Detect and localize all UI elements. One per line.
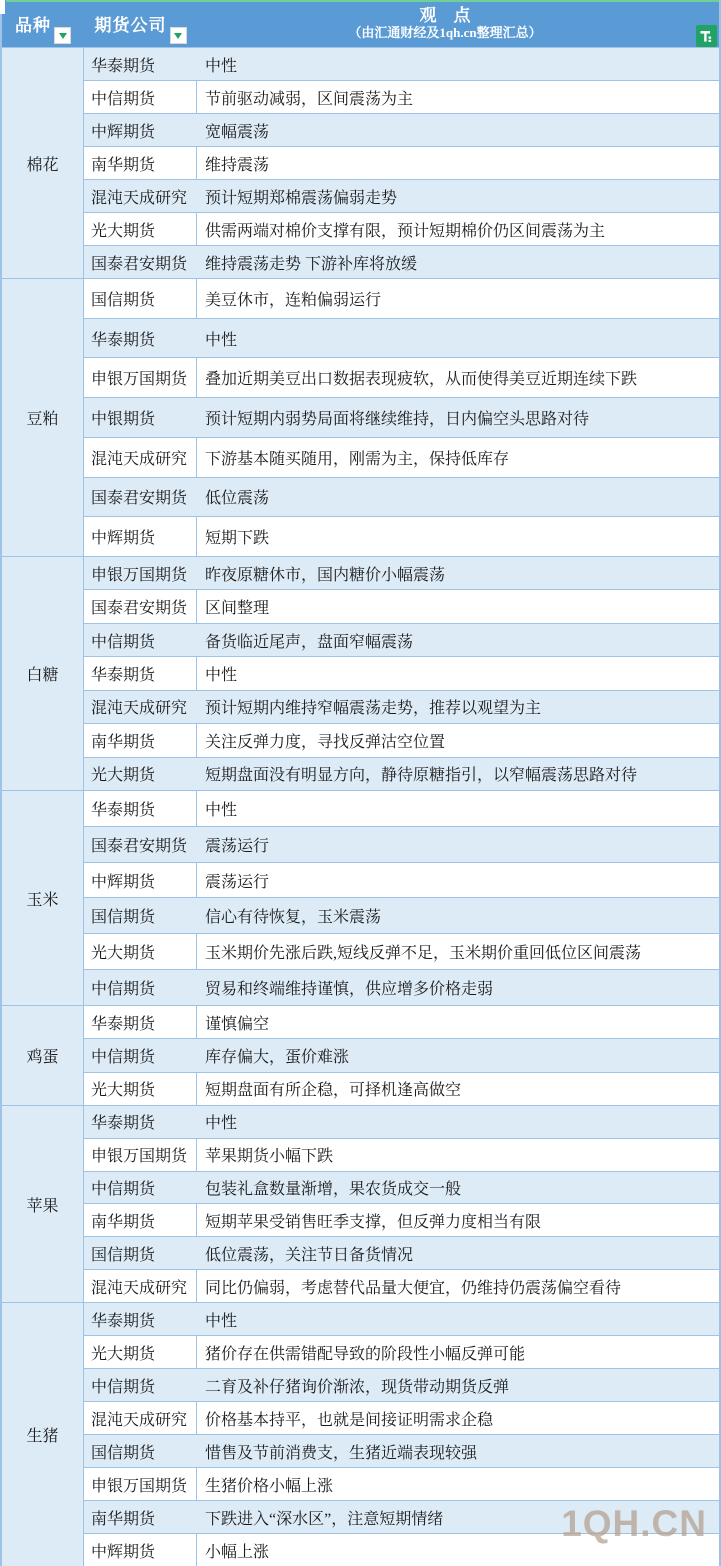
variety-cell[interactable]: 苹果 bbox=[2, 1106, 84, 1302]
view-cell[interactable]: 美豆休市，连粕偏弱运行 bbox=[197, 279, 719, 318]
company-cell[interactable]: 中辉期货 bbox=[84, 863, 197, 898]
view-cell[interactable]: 震荡运行 bbox=[197, 827, 719, 862]
opinion-row: 南华期货维持震荡 bbox=[84, 146, 719, 179]
company-cell[interactable]: 光大期货 bbox=[84, 1073, 197, 1105]
filter-funnel-icon[interactable] bbox=[696, 25, 717, 47]
opinion-row: 中辉期货宽幅震荡 bbox=[84, 113, 719, 146]
company-cell[interactable]: 国泰君安期货 bbox=[84, 246, 197, 278]
opinion-row: 光大期货供需两端对棉价支撑有限，预计短期棉价仍区间震荡为主 bbox=[84, 212, 719, 245]
view-cell[interactable]: 预计短期内维持窄幅震荡走势，推荐以观望为主 bbox=[197, 691, 719, 723]
view-cell[interactable]: 同比仍偏弱，考虑替代品量大便宜，仍维持仍震荡偏空看待 bbox=[197, 1270, 719, 1302]
opinion-row: 南华期货短期苹果受销售旺季支撑，但反弹力度相当有限 bbox=[84, 1203, 719, 1236]
view-cell[interactable]: 包装礼盒数量渐增，果农货成交一般 bbox=[197, 1172, 719, 1204]
company-cell[interactable]: 申银万国期货 bbox=[84, 358, 197, 397]
view-cell[interactable]: 预计短期郑棉震荡偏弱走势 bbox=[197, 180, 719, 212]
opinion-row: 申银万国期货苹果期货小幅下跌 bbox=[84, 1138, 719, 1171]
view-cell[interactable]: 低位震荡，关注节日备货情况 bbox=[197, 1237, 719, 1269]
funnel-glyph bbox=[699, 29, 714, 44]
opinion-row: 国泰君安期货低位震荡 bbox=[84, 477, 719, 517]
variety-cell[interactable]: 白糖 bbox=[2, 557, 84, 790]
view-cell[interactable]: 中性 bbox=[197, 657, 719, 689]
opinion-row: 华泰期货中性 bbox=[84, 791, 719, 826]
opinion-row: 混沌天成研究预计短期内维持窄幅震荡走势，推荐以观望为主 bbox=[84, 690, 719, 723]
view-cell[interactable]: 小幅上涨 bbox=[197, 1534, 719, 1566]
view-cell[interactable]: 库存偏大，蛋价难涨 bbox=[197, 1039, 719, 1071]
company-cell[interactable]: 国信期货 bbox=[84, 1435, 197, 1467]
view-cell[interactable]: 价格基本持平，也就是间接证明需求企稳 bbox=[197, 1402, 719, 1434]
chevron-down-icon bbox=[59, 33, 67, 39]
variety-cell[interactable]: 玉米 bbox=[2, 791, 84, 1005]
opinion-row: 中辉期货短期下跌 bbox=[84, 516, 719, 556]
view-cell[interactable]: 二育及补仔猪询价渐浓，现货带动期货反弹 bbox=[197, 1369, 719, 1401]
view-cell[interactable]: 节前驱动减弱，区间震荡为主 bbox=[197, 81, 719, 113]
company-cell[interactable]: 光大期货 bbox=[84, 758, 197, 790]
company-cell[interactable]: 光大期货 bbox=[84, 1336, 197, 1368]
opinion-row: 中信期货备货临近尾声，盘面窄幅震荡 bbox=[84, 623, 719, 656]
view-cell[interactable]: 贸易和终端维持谨慎，供应增多价格走弱 bbox=[197, 970, 719, 1005]
chevron-down-icon bbox=[174, 33, 182, 39]
header-view-cell[interactable]: 观 点 （由汇通财经及1qh.cn整理汇总） bbox=[197, 0, 719, 47]
view-cell[interactable]: 昨夜原糖休市，国内糖价小幅震荡 bbox=[197, 557, 719, 589]
company-cell[interactable]: 申银万国期货 bbox=[84, 557, 197, 589]
opinion-row: 中辉期货小幅上涨 bbox=[84, 1533, 719, 1566]
view-cell[interactable]: 下游基本随买随用，刚需为主，保持低库存 bbox=[197, 438, 719, 477]
opinion-row: 申银万国期货昨夜原糖休市，国内糖价小幅震荡 bbox=[84, 557, 719, 589]
header-company-label: 期货公司 bbox=[95, 11, 167, 36]
header-company-cell[interactable]: 期货公司 bbox=[84, 0, 197, 47]
opinion-row: 国信期货惜售及节前消费支，生猪近端表现较强 bbox=[84, 1434, 719, 1467]
view-cell[interactable]: 短期盘面没有明显方向，静待原糖指引，以窄幅震荡思路对待 bbox=[197, 758, 719, 790]
variety-cell[interactable]: 豆粕 bbox=[2, 279, 84, 556]
view-cell[interactable]: 低位震荡 bbox=[197, 478, 719, 517]
header-variety-label: 品种 bbox=[15, 11, 51, 36]
opinion-row: 国信期货美豆休市，连粕偏弱运行 bbox=[84, 279, 719, 318]
company-cell[interactable]: 华泰期货 bbox=[84, 1303, 197, 1335]
company-cell[interactable]: 光大期货 bbox=[84, 213, 197, 245]
view-cell[interactable]: 中性 bbox=[197, 1303, 719, 1335]
opinion-row: 中辉期货震荡运行 bbox=[84, 862, 719, 898]
company-cell[interactable]: 南华期货 bbox=[84, 724, 197, 756]
company-cell[interactable]: 华泰期货 bbox=[84, 48, 197, 80]
opinion-row: 华泰期货中性 bbox=[84, 48, 719, 80]
variety-cell[interactable]: 鸡蛋 bbox=[2, 1006, 84, 1105]
company-cell[interactable]: 中信期货 bbox=[84, 970, 197, 1005]
selection-top-line bbox=[6, 0, 719, 2]
view-cell[interactable]: 惜售及节前消费支，生猪近端表现较强 bbox=[197, 1435, 719, 1467]
view-cell[interactable]: 备货临近尾声，盘面窄幅震荡 bbox=[197, 624, 719, 656]
company-cell[interactable]: 中辉期货 bbox=[84, 114, 197, 146]
company-cell[interactable]: 中信期货 bbox=[84, 81, 197, 113]
company-cell[interactable]: 国信期货 bbox=[84, 279, 197, 318]
company-cell[interactable]: 国信期货 bbox=[84, 1237, 197, 1269]
opinion-row: 光大期货玉米期价先涨后跌,短线反弹不足，玉米期价重回低位区间震荡 bbox=[84, 933, 719, 969]
view-cell[interactable]: 中性 bbox=[197, 791, 719, 826]
futures-opinion-spreadsheet: 品种 期货公司 观 点 （由汇通财经及1qh.cn整理汇总） 棉花华泰期货中性中… bbox=[0, 0, 721, 1566]
opinion-row: 华泰期货中性 bbox=[84, 1106, 719, 1138]
header-view-title: 观 点 bbox=[420, 6, 471, 26]
variety-filter-dropdown-icon[interactable] bbox=[54, 27, 71, 44]
company-cell[interactable]: 混沌天成研究 bbox=[84, 1402, 197, 1434]
variety-cell[interactable]: 棉花 bbox=[2, 48, 84, 278]
opinion-row: 混沌天成研究同比仍偏弱，考虑替代品量大便宜，仍维持仍震荡偏空看待 bbox=[84, 1269, 719, 1302]
header-variety-cell[interactable]: 品种 bbox=[2, 0, 84, 47]
view-cell[interactable]: 谨慎偏空 bbox=[197, 1006, 719, 1038]
view-cell[interactable]: 短期盘面有所企稳，可择机逢高做空 bbox=[197, 1073, 719, 1105]
company-cell[interactable]: 中银期货 bbox=[84, 398, 197, 437]
company-cell[interactable]: 混沌天成研究 bbox=[84, 180, 197, 212]
commodity-section: 棉花华泰期货中性中信期货节前驱动减弱，区间震荡为主中辉期货宽幅震荡南华期货维持震… bbox=[2, 47, 719, 278]
opinion-row: 国泰君安期货维持震荡走势 下游补库将放缓 bbox=[84, 245, 719, 278]
view-cell[interactable]: 宽幅震荡 bbox=[197, 114, 719, 146]
opinion-row: 光大期货猪价存在供需错配导致的阶段性小幅反弹可能 bbox=[84, 1335, 719, 1368]
view-cell[interactable]: 短期苹果受销售旺季支撑，但反弹力度相当有限 bbox=[197, 1204, 719, 1236]
opinion-row: 申银万国期货叠加近期美豆出口数据表现疲软，从而使得美豆近期连续下跌 bbox=[84, 357, 719, 397]
view-cell[interactable]: 叠加近期美豆出口数据表现疲软，从而使得美豆近期连续下跌 bbox=[197, 358, 719, 397]
view-cell[interactable]: 短期下跌 bbox=[197, 517, 719, 556]
view-cell[interactable]: 猪价存在供需错配导致的阶段性小幅反弹可能 bbox=[197, 1336, 719, 1368]
commodity-section: 豆粕国信期货美豆休市，连粕偏弱运行华泰期货中性申银万国期货叠加近期美豆出口数据表… bbox=[2, 278, 719, 556]
company-cell[interactable]: 混沌天成研究 bbox=[84, 1270, 197, 1302]
company-cell[interactable]: 南华期货 bbox=[84, 147, 197, 179]
view-cell[interactable]: 关注反弹力度，寻找反弹沽空位置 bbox=[197, 724, 719, 756]
opinion-row: 混沌天成研究预计短期郑棉震荡偏弱走势 bbox=[84, 179, 719, 212]
company-cell[interactable]: 混沌天成研究 bbox=[84, 438, 197, 477]
opinion-row: 南华期货关注反弹力度，寻找反弹沽空位置 bbox=[84, 723, 719, 756]
company-cell[interactable]: 中信期货 bbox=[84, 624, 197, 656]
commodity-section: 生猪华泰期货中性光大期货猪价存在供需错配导致的阶段性小幅反弹可能中信期货二育及补… bbox=[2, 1302, 719, 1566]
company-cell[interactable]: 光大期货 bbox=[84, 934, 197, 969]
company-cell[interactable]: 华泰期货 bbox=[84, 657, 197, 689]
table-body: 棉花华泰期货中性中信期货节前驱动减弱，区间震荡为主中辉期货宽幅震荡南华期货维持震… bbox=[2, 47, 719, 1566]
company-cell[interactable]: 混沌天成研究 bbox=[84, 691, 197, 723]
opinion-row: 光大期货短期盘面没有明显方向，静待原糖指引，以窄幅震荡思路对待 bbox=[84, 757, 719, 790]
opinion-row: 混沌天成研究价格基本持平，也就是间接证明需求企稳 bbox=[84, 1401, 719, 1434]
view-cell[interactable]: 苹果期货小幅下跌 bbox=[197, 1139, 719, 1171]
commodity-section: 苹果华泰期货中性申银万国期货苹果期货小幅下跌中信期货包装礼盒数量渐增，果农货成交… bbox=[2, 1105, 719, 1302]
variety-cell[interactable]: 生猪 bbox=[2, 1303, 84, 1566]
section-rows: 申银万国期货昨夜原糖休市，国内糖价小幅震荡国泰君安期货区间整理中信期货备货临近尾… bbox=[84, 557, 719, 790]
opinion-row: 南华期货下跌进入“深水区”，注意短期情绪 bbox=[84, 1500, 719, 1533]
opinion-row: 国信期货低位震荡，关注节日备货情况 bbox=[84, 1236, 719, 1269]
view-cell[interactable]: 中性 bbox=[197, 319, 719, 358]
company-cell[interactable]: 华泰期货 bbox=[84, 1006, 197, 1038]
opinion-row: 光大期货短期盘面有所企稳，可择机逢高做空 bbox=[84, 1072, 719, 1105]
company-cell[interactable]: 国信期货 bbox=[84, 898, 197, 933]
company-cell[interactable]: 中信期货 bbox=[84, 1369, 197, 1401]
opinion-row: 申银万国期货生猪价格小幅上涨 bbox=[84, 1467, 719, 1500]
company-cell[interactable]: 南华期货 bbox=[84, 1501, 197, 1533]
opinion-row: 华泰期货中性 bbox=[84, 1303, 719, 1335]
commodity-section: 鸡蛋华泰期货谨慎偏空中信期货库存偏大，蛋价难涨光大期货短期盘面有所企稳，可择机逢… bbox=[2, 1005, 719, 1105]
opinion-row: 中信期货库存偏大，蛋价难涨 bbox=[84, 1038, 719, 1071]
company-cell[interactable]: 中辉期货 bbox=[84, 1534, 197, 1566]
section-rows: 国信期货美豆休市，连粕偏弱运行华泰期货中性申银万国期货叠加近期美豆出口数据表现疲… bbox=[84, 279, 719, 556]
view-cell[interactable]: 生猪价格小幅上涨 bbox=[197, 1468, 719, 1500]
view-cell[interactable]: 玉米期价先涨后跌,短线反弹不足，玉米期价重回低位区间震荡 bbox=[197, 934, 719, 969]
opinion-row: 华泰期货中性 bbox=[84, 318, 719, 358]
view-cell[interactable]: 下跌进入“深水区”，注意短期情绪 bbox=[197, 1501, 719, 1533]
company-cell[interactable]: 申银万国期货 bbox=[84, 1139, 197, 1171]
view-cell[interactable]: 供需两端对棉价支撑有限，预计短期棉价仍区间震荡为主 bbox=[197, 213, 719, 245]
opinion-row: 混沌天成研究下游基本随买随用，刚需为主，保持低库存 bbox=[84, 437, 719, 477]
view-cell[interactable]: 预计短期内弱势局面将继续维持，日内偏空头思路对待 bbox=[197, 398, 719, 437]
company-cell[interactable]: 国泰君安期货 bbox=[84, 478, 197, 517]
company-cell[interactable]: 中辉期货 bbox=[84, 517, 197, 556]
commodity-section: 玉米华泰期货中性国泰君安期货震荡运行中辉期货震荡运行国信期货信心有待恢复，玉米震… bbox=[2, 790, 719, 1005]
view-cell[interactable]: 维持震荡 bbox=[197, 147, 719, 179]
company-cell[interactable]: 国泰君安期货 bbox=[84, 590, 197, 622]
opinion-row: 华泰期货谨慎偏空 bbox=[84, 1006, 719, 1038]
opinion-row: 中信期货贸易和终端维持谨慎，供应增多价格走弱 bbox=[84, 969, 719, 1005]
section-rows: 华泰期货中性中信期货节前驱动减弱，区间震荡为主中辉期货宽幅震荡南华期货维持震荡混… bbox=[84, 48, 719, 278]
commodity-section: 白糖申银万国期货昨夜原糖休市，国内糖价小幅震荡国泰君安期货区间整理中信期货备货临… bbox=[2, 556, 719, 790]
opinion-row: 中银期货预计短期内弱势局面将继续维持，日内偏空头思路对待 bbox=[84, 397, 719, 437]
view-cell[interactable]: 中性 bbox=[197, 48, 719, 80]
opinion-row: 国泰君安期货区间整理 bbox=[84, 589, 719, 622]
opinion-row: 中信期货包装礼盒数量渐增，果农货成交一般 bbox=[84, 1171, 719, 1204]
view-cell[interactable]: 震荡运行 bbox=[197, 863, 719, 898]
top-left-notch bbox=[0, 0, 5, 14]
opinion-row: 华泰期货中性 bbox=[84, 656, 719, 689]
company-cell[interactable]: 南华期货 bbox=[84, 1204, 197, 1236]
view-cell[interactable]: 中性 bbox=[197, 1106, 719, 1138]
company-cell[interactable]: 国泰君安期货 bbox=[84, 827, 197, 862]
company-cell[interactable]: 华泰期货 bbox=[84, 1106, 197, 1138]
table-header-row: 品种 期货公司 观 点 （由汇通财经及1qh.cn整理汇总） bbox=[2, 0, 719, 47]
section-rows: 华泰期货中性申银万国期货苹果期货小幅下跌中信期货包装礼盒数量渐增，果农货成交一般… bbox=[84, 1106, 719, 1302]
opinion-row: 中信期货节前驱动减弱，区间震荡为主 bbox=[84, 80, 719, 113]
section-rows: 华泰期货谨慎偏空中信期货库存偏大，蛋价难涨光大期货短期盘面有所企稳，可择机逢高做… bbox=[84, 1006, 719, 1105]
opinion-row: 中信期货二育及补仔猪询价渐浓，现货带动期货反弹 bbox=[84, 1368, 719, 1401]
company-cell[interactable]: 申银万国期货 bbox=[84, 1468, 197, 1500]
header-view-subtitle: （由汇通财经及1qh.cn整理汇总） bbox=[348, 26, 541, 41]
company-cell[interactable]: 华泰期货 bbox=[84, 791, 197, 826]
opinion-row: 国信期货信心有待恢复，玉米震荡 bbox=[84, 897, 719, 933]
section-rows: 华泰期货中性光大期货猪价存在供需错配导致的阶段性小幅反弹可能中信期货二育及补仔猪… bbox=[84, 1303, 719, 1566]
view-cell[interactable]: 区间整理 bbox=[197, 590, 719, 622]
view-cell[interactable]: 维持震荡走势 下游补库将放缓 bbox=[197, 246, 719, 278]
company-cell[interactable]: 华泰期货 bbox=[84, 319, 197, 358]
opinion-row: 国泰君安期货震荡运行 bbox=[84, 826, 719, 862]
company-filter-dropdown-icon[interactable] bbox=[170, 27, 187, 44]
section-rows: 华泰期货中性国泰君安期货震荡运行中辉期货震荡运行国信期货信心有待恢复，玉米震荡光… bbox=[84, 791, 719, 1005]
company-cell[interactable]: 中信期货 bbox=[84, 1172, 197, 1204]
view-cell[interactable]: 信心有待恢复，玉米震荡 bbox=[197, 898, 719, 933]
company-cell[interactable]: 中信期货 bbox=[84, 1039, 197, 1071]
